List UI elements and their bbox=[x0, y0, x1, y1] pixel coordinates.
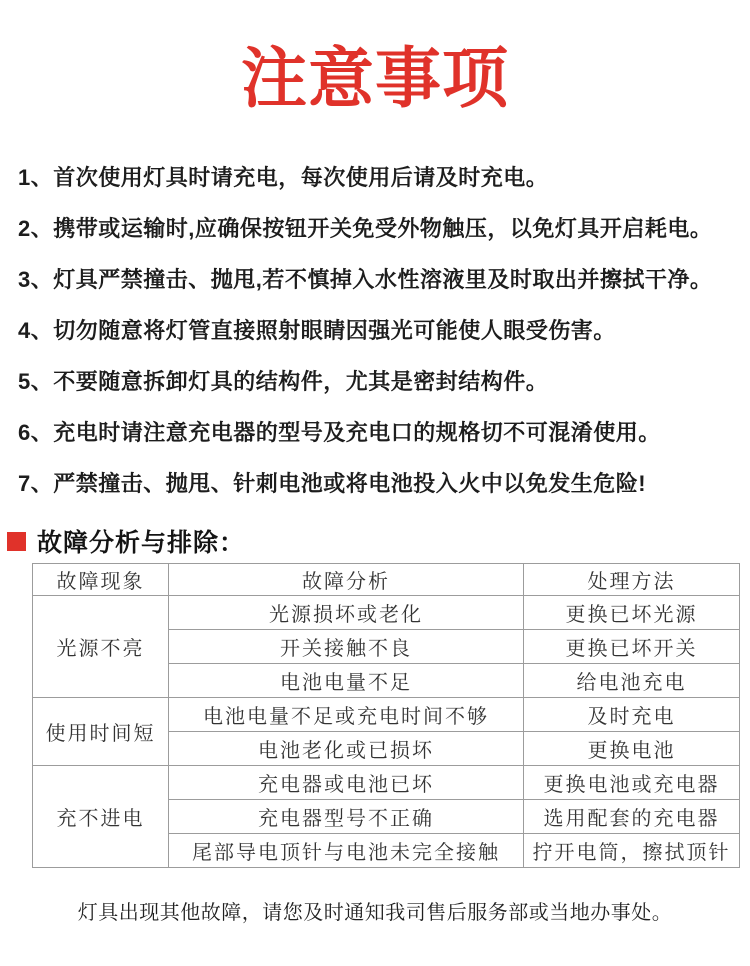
solution-cell: 更换已坏光源 bbox=[524, 596, 740, 630]
precaution-item-2: 2、携带或运输时,应确保按钮开关免受外物触压，以免灯具开启耗电。 bbox=[18, 217, 744, 240]
column-header-analysis: 故障分析 bbox=[169, 564, 524, 596]
table-row: 光源不亮 光源损坏或老化 更换已坏光源 bbox=[33, 596, 740, 630]
precautions-sheet: 注意事项 1、首次使用灯具时请充电，每次使用后请及时充电。 2、携带或运输时,应… bbox=[0, 0, 750, 966]
column-header-phenomenon: 故障现象 bbox=[33, 564, 169, 596]
analysis-cell: 开关接触不良 bbox=[169, 630, 524, 664]
precaution-item-6: 6、充电时请注意充电器的型号及充电口的规格切不可混淆使用。 bbox=[18, 421, 744, 444]
phenomenon-cell: 使用时间短 bbox=[33, 698, 169, 766]
solution-cell: 拧开电筒，擦拭顶针 bbox=[524, 834, 740, 868]
precaution-item-3: 3、灯具严禁撞击、抛甩,若不慎掉入水性溶液里及时取出并擦拭干净。 bbox=[18, 268, 744, 291]
precaution-list: 1、首次使用灯具时请充电，每次使用后请及时充电。 2、携带或运输时,应确保按钮开… bbox=[18, 166, 744, 523]
table-row: 充不进电 充电器或电池已坏 更换电池或充电器 bbox=[33, 766, 740, 800]
precaution-item-5: 5、不要随意拆卸灯具的结构件，尤其是密封结构件。 bbox=[18, 370, 744, 393]
footer-note: 灯具出现其他故障，请您及时通知我司售后服务部或当地办事处。 bbox=[0, 901, 750, 925]
solution-cell: 更换电池 bbox=[524, 732, 740, 766]
table-row: 使用时间短 电池电量不足或充电时间不够 及时充电 bbox=[33, 698, 740, 732]
analysis-cell: 电池电量不足或充电时间不够 bbox=[169, 698, 524, 732]
precaution-item-7: 7、严禁撞击、抛甩、针刺电池或将电池投入火中以免发生危险! bbox=[18, 472, 744, 495]
column-header-solution: 处理方法 bbox=[524, 564, 740, 596]
solution-cell: 及时充电 bbox=[524, 698, 740, 732]
analysis-cell: 尾部导电顶针与电池未完全接触 bbox=[169, 834, 524, 868]
analysis-cell: 光源损坏或老化 bbox=[169, 596, 524, 630]
precaution-item-4: 4、切勿随意将灯管直接照射眼睛因强光可能使人眼受伤害。 bbox=[18, 319, 744, 342]
fault-analysis-table: 故障现象 故障分析 处理方法 光源不亮 光源损坏或老化 更换已坏光源 开关接触不… bbox=[32, 563, 740, 868]
precaution-item-1: 1、首次使用灯具时请充电，每次使用后请及时充电。 bbox=[18, 166, 744, 189]
analysis-cell: 充电器型号不正确 bbox=[169, 800, 524, 834]
table-header-row: 故障现象 故障分析 处理方法 bbox=[33, 564, 740, 596]
phenomenon-cell: 充不进电 bbox=[33, 766, 169, 868]
phenomenon-cell: 光源不亮 bbox=[33, 596, 169, 698]
solution-cell: 选用配套的充电器 bbox=[524, 800, 740, 834]
section-title: 故障分析与排除： bbox=[37, 523, 245, 559]
analysis-cell: 充电器或电池已坏 bbox=[169, 766, 524, 800]
section-header: 故障分析与排除： bbox=[7, 523, 245, 559]
analysis-cell: 电池电量不足 bbox=[169, 664, 524, 698]
solution-cell: 更换电池或充电器 bbox=[524, 766, 740, 800]
solution-cell: 更换已坏开关 bbox=[524, 630, 740, 664]
red-square-bullet-icon bbox=[7, 532, 26, 551]
solution-cell: 给电池充电 bbox=[524, 664, 740, 698]
analysis-cell: 电池老化或已损坏 bbox=[169, 732, 524, 766]
page-title: 注意事项 bbox=[0, 38, 750, 118]
